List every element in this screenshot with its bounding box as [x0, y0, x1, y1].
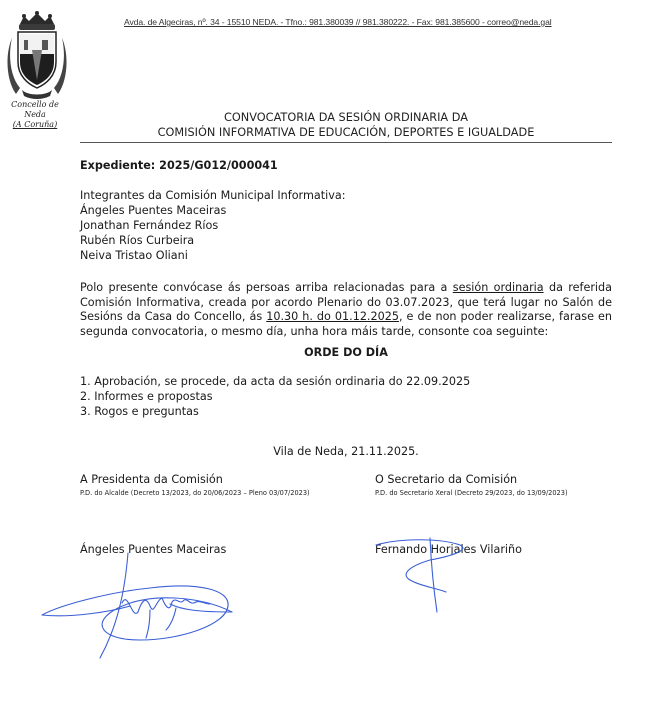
- logo-caption: Concello de Neda (A Coruña): [4, 100, 66, 130]
- agenda-item: 2. Informes e propostas: [80, 389, 470, 404]
- member-name: Ángeles Puentes Maceiras: [80, 203, 226, 218]
- expediente-number: Expediente: 2025/G012/000041: [80, 158, 278, 173]
- place-date: Vila de Neda, 21.11.2025.: [80, 445, 612, 458]
- title-line2: COMISIÓN INFORMATIVA DE EDUCACIÓN, DEPOR…: [80, 125, 612, 140]
- members-list: Ángeles Puentes Maceiras Jonathan Fernán…: [80, 203, 226, 263]
- member-name: Neiva Tristao Oliani: [80, 248, 226, 263]
- secretary-delegation-note: P.D. do Secretario Xeral (Decreto 29/202…: [375, 488, 568, 498]
- president-name: Ángeles Puentes Maceiras: [80, 543, 226, 557]
- title-divider: [80, 142, 612, 143]
- secretary-role: O Secretario da Comisión: [375, 473, 517, 487]
- secretary-name: Fernando Horjales Vilariño: [375, 543, 522, 557]
- coat-of-arms-icon: [6, 10, 68, 102]
- agenda-item: 3. Rogos e preguntas: [80, 404, 470, 419]
- president-signature-icon: [42, 553, 232, 658]
- agenda-list: 1. Aprobación, se procede, da acta da se…: [80, 374, 470, 419]
- paragraph-part1: Polo presente convócase ás persoas arrib…: [80, 281, 453, 294]
- address-header: Avda. de Algeciras, nº. 34 - 15510 NEDA.…: [124, 17, 552, 27]
- document-title: CONVOCATORIA DA SESIÓN ORDINARIA DA COMI…: [80, 110, 612, 140]
- president-role: A Presidenta da Comisión: [80, 473, 223, 487]
- logo-caption-line1: Concello de Neda: [4, 100, 66, 120]
- agenda-heading: ORDE DO DÍA: [80, 346, 612, 359]
- coat-of-arms-logo: [6, 10, 68, 102]
- title-line1: CONVOCATORIA DA SESIÓN ORDINARIA DA: [80, 110, 612, 125]
- president-delegation-note: P.D. do Alcalde (Decreto 13/2023, do 20/…: [80, 488, 310, 498]
- convocation-paragraph: Polo presente convócase ás persoas arrib…: [80, 281, 612, 339]
- member-name: Rubén Ríos Curbeira: [80, 233, 226, 248]
- session-datetime: 10.30 h. do 01.12.2025: [266, 310, 399, 323]
- agenda-item: 1. Aprobación, se procede, da acta da se…: [80, 374, 470, 389]
- member-name: Jonathan Fernández Ríos: [80, 218, 226, 233]
- logo-caption-line2: (A Coruña): [4, 120, 66, 130]
- session-type: sesión ordinaria: [453, 281, 544, 294]
- members-label: Integrantes da Comisión Municipal Inform…: [80, 188, 345, 203]
